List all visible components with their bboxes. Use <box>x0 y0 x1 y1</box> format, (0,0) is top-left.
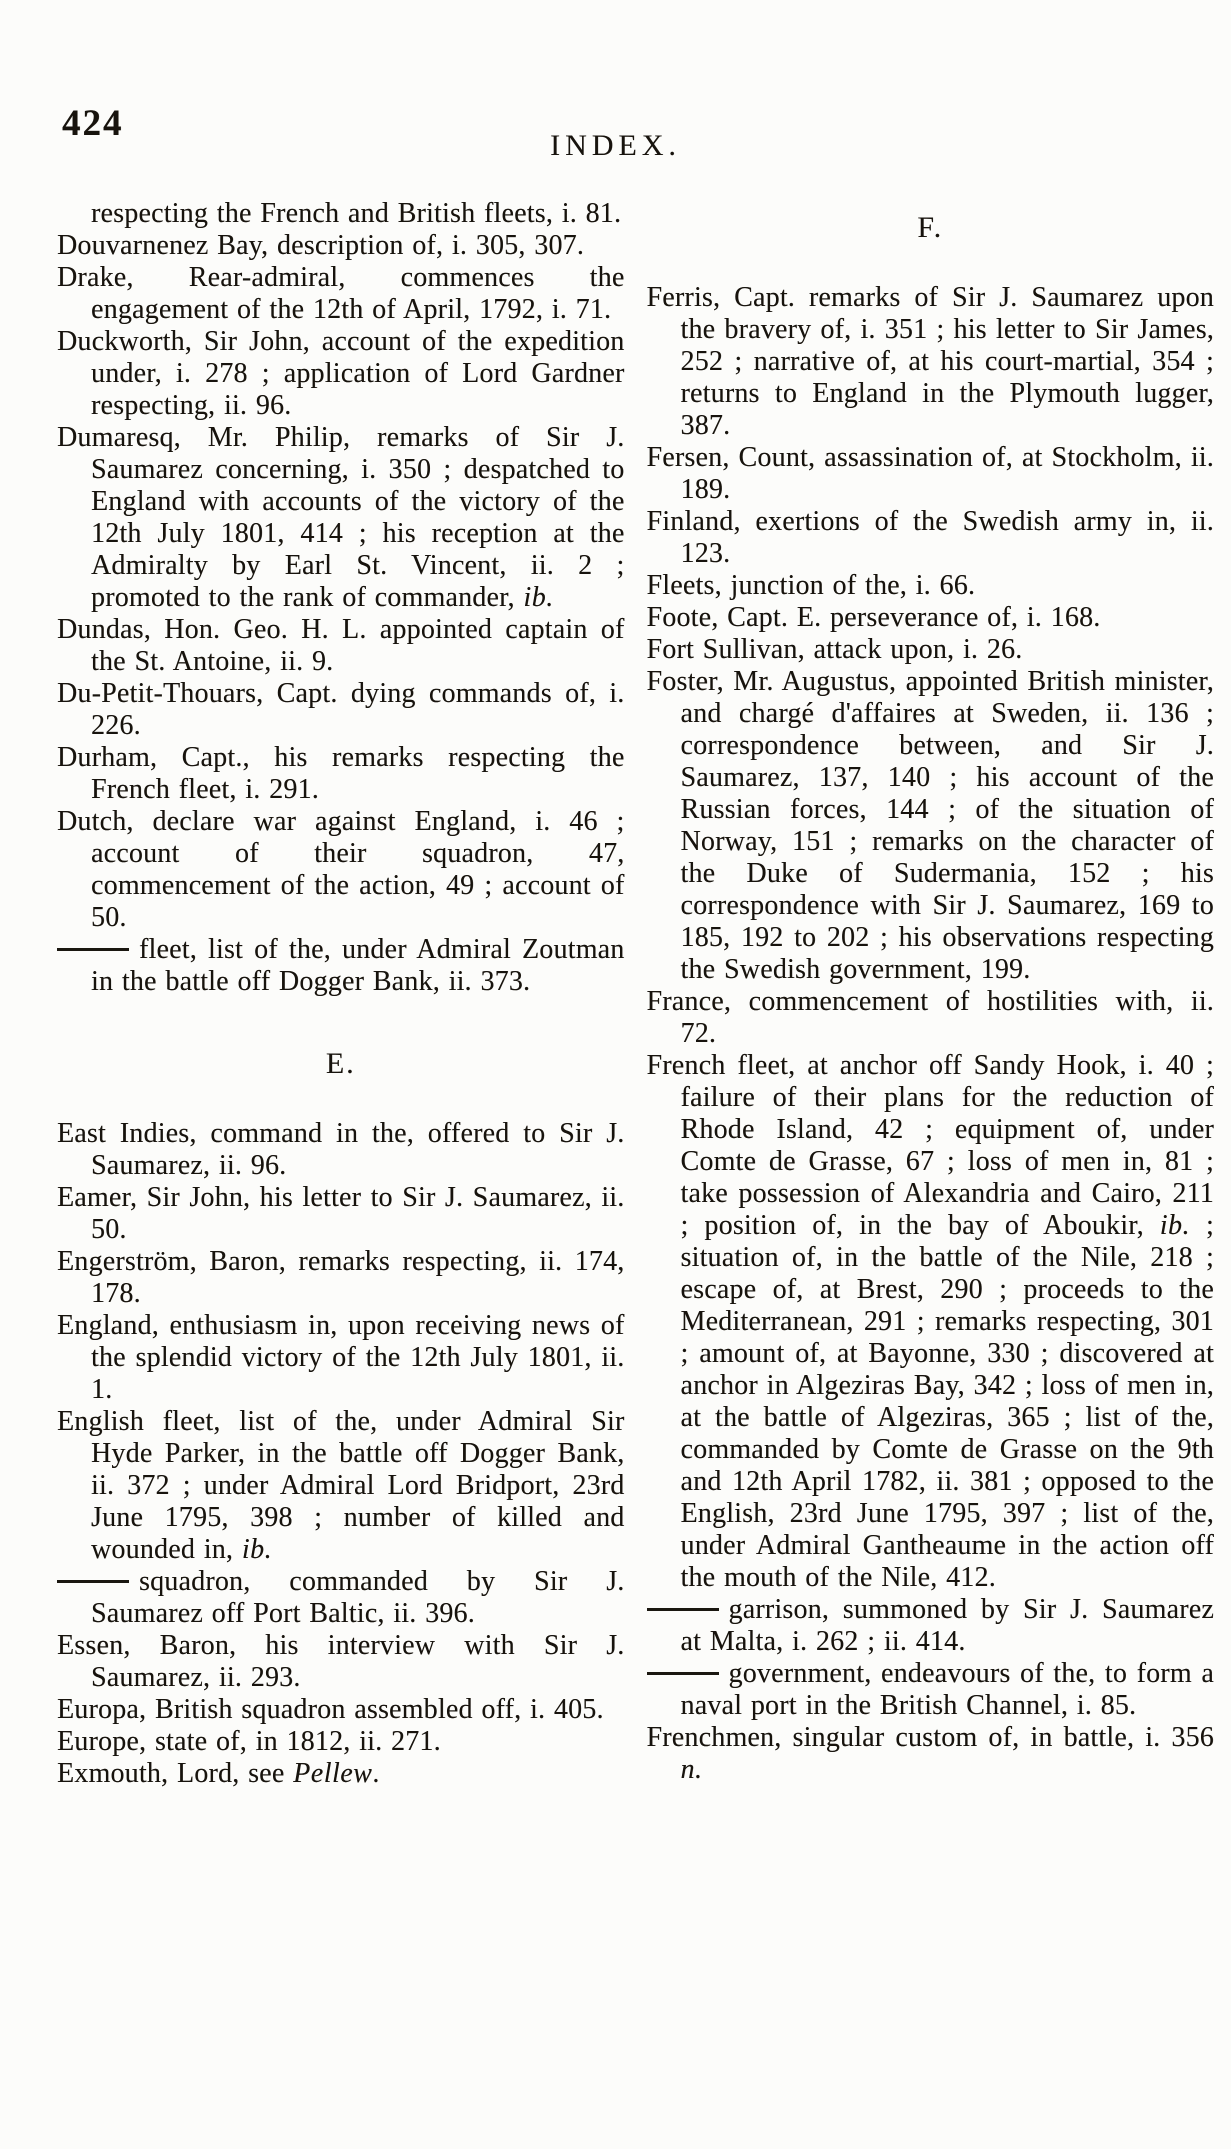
entry-text: Dundas, Hon. Geo. H. L. appointed captai… <box>57 614 625 677</box>
index-entry: Fort Sullivan, attack upon, i. 26. <box>647 634 1215 666</box>
index-entry: respecting the French and British fleets… <box>57 198 625 230</box>
index-entry: fleet, list of the, under Admiral Zoutma… <box>57 934 625 998</box>
entry-text: Foote, Capt. E. perseverance of, i. 168. <box>647 602 1101 633</box>
entry-text: squadron, commanded by Sir J. Saumarez o… <box>91 1566 625 1629</box>
entry-text: Engerström, Baron, remarks respecting, i… <box>57 1246 625 1309</box>
index-entry: France, commencement of hostilities with… <box>647 986 1215 1050</box>
entry-text-italic: n. <box>681 1754 703 1785</box>
index-entry: Europa, British squadron assembled off, … <box>57 1694 625 1726</box>
entry-text: . <box>372 1758 379 1789</box>
entry-text: fleet, list of the, under Admiral Zoutma… <box>91 934 625 997</box>
entry-text: Exmouth, Lord, see <box>57 1758 293 1789</box>
index-entry: Foote, Capt. E. perseverance of, i. 168. <box>647 602 1215 634</box>
entry-text-italic: ib. <box>1160 1210 1190 1241</box>
book-page: 424 INDEX. respecting the French and Bri… <box>0 0 1231 2149</box>
entry-text: Du-Petit-Thouars, Capt. dying commands o… <box>57 678 625 741</box>
entry-text: ; situation of, in the battle of the Nil… <box>681 1210 1215 1593</box>
index-entry: Fersen, Count, assassination of, at Stoc… <box>647 442 1215 506</box>
index-entry: Douvarnenez Bay, description of, i. 305,… <box>57 230 625 262</box>
ditto-dash-icon <box>57 1580 129 1583</box>
page-title: INDEX. <box>0 130 1231 162</box>
entry-text: Duckworth, Sir John, account of the expe… <box>57 326 625 421</box>
ditto-dash-icon <box>647 1608 719 1611</box>
entry-text: Frenchmen, singular custom of, in battle… <box>647 1722 1215 1753</box>
entry-text: Eamer, Sir John, his letter to Sir J. Sa… <box>57 1182 625 1245</box>
entry-text: French fleet, at anchor off Sandy Hook, … <box>647 1050 1215 1241</box>
index-entry: Fleets, junction of the, i. 66. <box>647 570 1215 602</box>
entry-text: Finland, exertions of the Swedish army i… <box>647 506 1215 569</box>
index-entry: squadron, commanded by Sir J. Saumarez o… <box>57 1566 625 1630</box>
entry-text: Essen, Baron, his interview with Sir J. … <box>57 1630 625 1693</box>
index-entry: English fleet, list of the, under Admira… <box>57 1406 625 1566</box>
entry-text: Douvarnenez Bay, description of, i. 305,… <box>57 230 584 261</box>
index-entry: Dundas, Hon. Geo. H. L. appointed captai… <box>57 614 625 678</box>
index-entry: Finland, exertions of the Swedish army i… <box>647 506 1215 570</box>
entry-text: Drake, Rear-admiral, commences the engag… <box>57 262 625 325</box>
entry-text: Ferris, Capt. remarks of Sir J. Saumarez… <box>647 282 1215 441</box>
entry-text: Fort Sullivan, attack upon, i. 26. <box>647 634 1023 665</box>
index-entry: Dumaresq, Mr. Philip, remarks of Sir J. … <box>57 422 625 614</box>
entry-text: Durham, Capt., his remarks respecting th… <box>57 742 625 805</box>
entry-text: East Indies, command in the, offered to … <box>57 1118 625 1181</box>
index-entry: Engerström, Baron, remarks respecting, i… <box>57 1246 625 1310</box>
entry-text: respecting the French and British fleets… <box>91 198 621 229</box>
index-entry: England, enthusiasm in, upon receiving n… <box>57 1310 625 1406</box>
entry-text: Europa, British squadron assembled off, … <box>57 1694 604 1725</box>
entry-text: Dutch, declare war against England, i. 4… <box>57 806 625 933</box>
ditto-dash-icon <box>57 948 129 951</box>
entry-text: France, commencement of hostilities with… <box>647 986 1215 1049</box>
index-entry: garrison, summoned by Sir J. Saumarez at… <box>647 1594 1215 1658</box>
entry-text: England, enthusiasm in, upon receiving n… <box>57 1310 625 1405</box>
index-entry: Europe, state of, in 1812, ii. 271. <box>57 1726 625 1758</box>
index-entry: Dutch, declare war against England, i. 4… <box>57 806 625 934</box>
index-column-left: respecting the French and British fleets… <box>57 198 625 1790</box>
index-entry: Foster, Mr. Augustus, appointed British … <box>647 666 1215 986</box>
index-entry: Duckworth, Sir John, account of the expe… <box>57 326 625 422</box>
index-entry: government, endeavours of the, to form a… <box>647 1658 1215 1722</box>
entry-text: government, endeavours of the, to form a… <box>681 1658 1215 1721</box>
entry-text: Fleets, junction of the, i. 66. <box>647 570 976 601</box>
index-columns: respecting the French and British fleets… <box>57 198 1214 1790</box>
index-entry: Du-Petit-Thouars, Capt. dying commands o… <box>57 678 625 742</box>
index-entry: Ferris, Capt. remarks of Sir J. Saumarez… <box>647 282 1215 442</box>
entry-text-italic: ib. <box>242 1534 272 1565</box>
entry-text-italic: Pellew <box>293 1758 372 1789</box>
entry-text: Foster, Mr. Augustus, appointed British … <box>647 666 1215 985</box>
index-entry: Drake, Rear-admiral, commences the engag… <box>57 262 625 326</box>
index-column-right: F.Ferris, Capt. remarks of Sir J. Saumar… <box>647 198 1215 1790</box>
index-entry: Durham, Capt., his remarks respecting th… <box>57 742 625 806</box>
index-entry: French fleet, at anchor off Sandy Hook, … <box>647 1050 1215 1594</box>
section-heading: F. <box>647 212 1215 244</box>
index-entry: Eamer, Sir John, his letter to Sir J. Sa… <box>57 1182 625 1246</box>
section-heading: E. <box>57 1048 625 1080</box>
index-entry: Essen, Baron, his interview with Sir J. … <box>57 1630 625 1694</box>
entry-text: English fleet, list of the, under Admira… <box>57 1406 625 1565</box>
entry-text: Fersen, Count, assassination of, at Stoc… <box>647 442 1215 505</box>
index-entry: Exmouth, Lord, see Pellew. <box>57 1758 625 1790</box>
entry-text: Europe, state of, in 1812, ii. 271. <box>57 1726 441 1757</box>
entry-text-italic: ib. <box>523 582 553 613</box>
entry-text: garrison, summoned by Sir J. Saumarez at… <box>681 1594 1215 1657</box>
index-entry: Frenchmen, singular custom of, in battle… <box>647 1722 1215 1786</box>
ditto-dash-icon <box>647 1672 719 1675</box>
index-entry: East Indies, command in the, offered to … <box>57 1118 625 1182</box>
